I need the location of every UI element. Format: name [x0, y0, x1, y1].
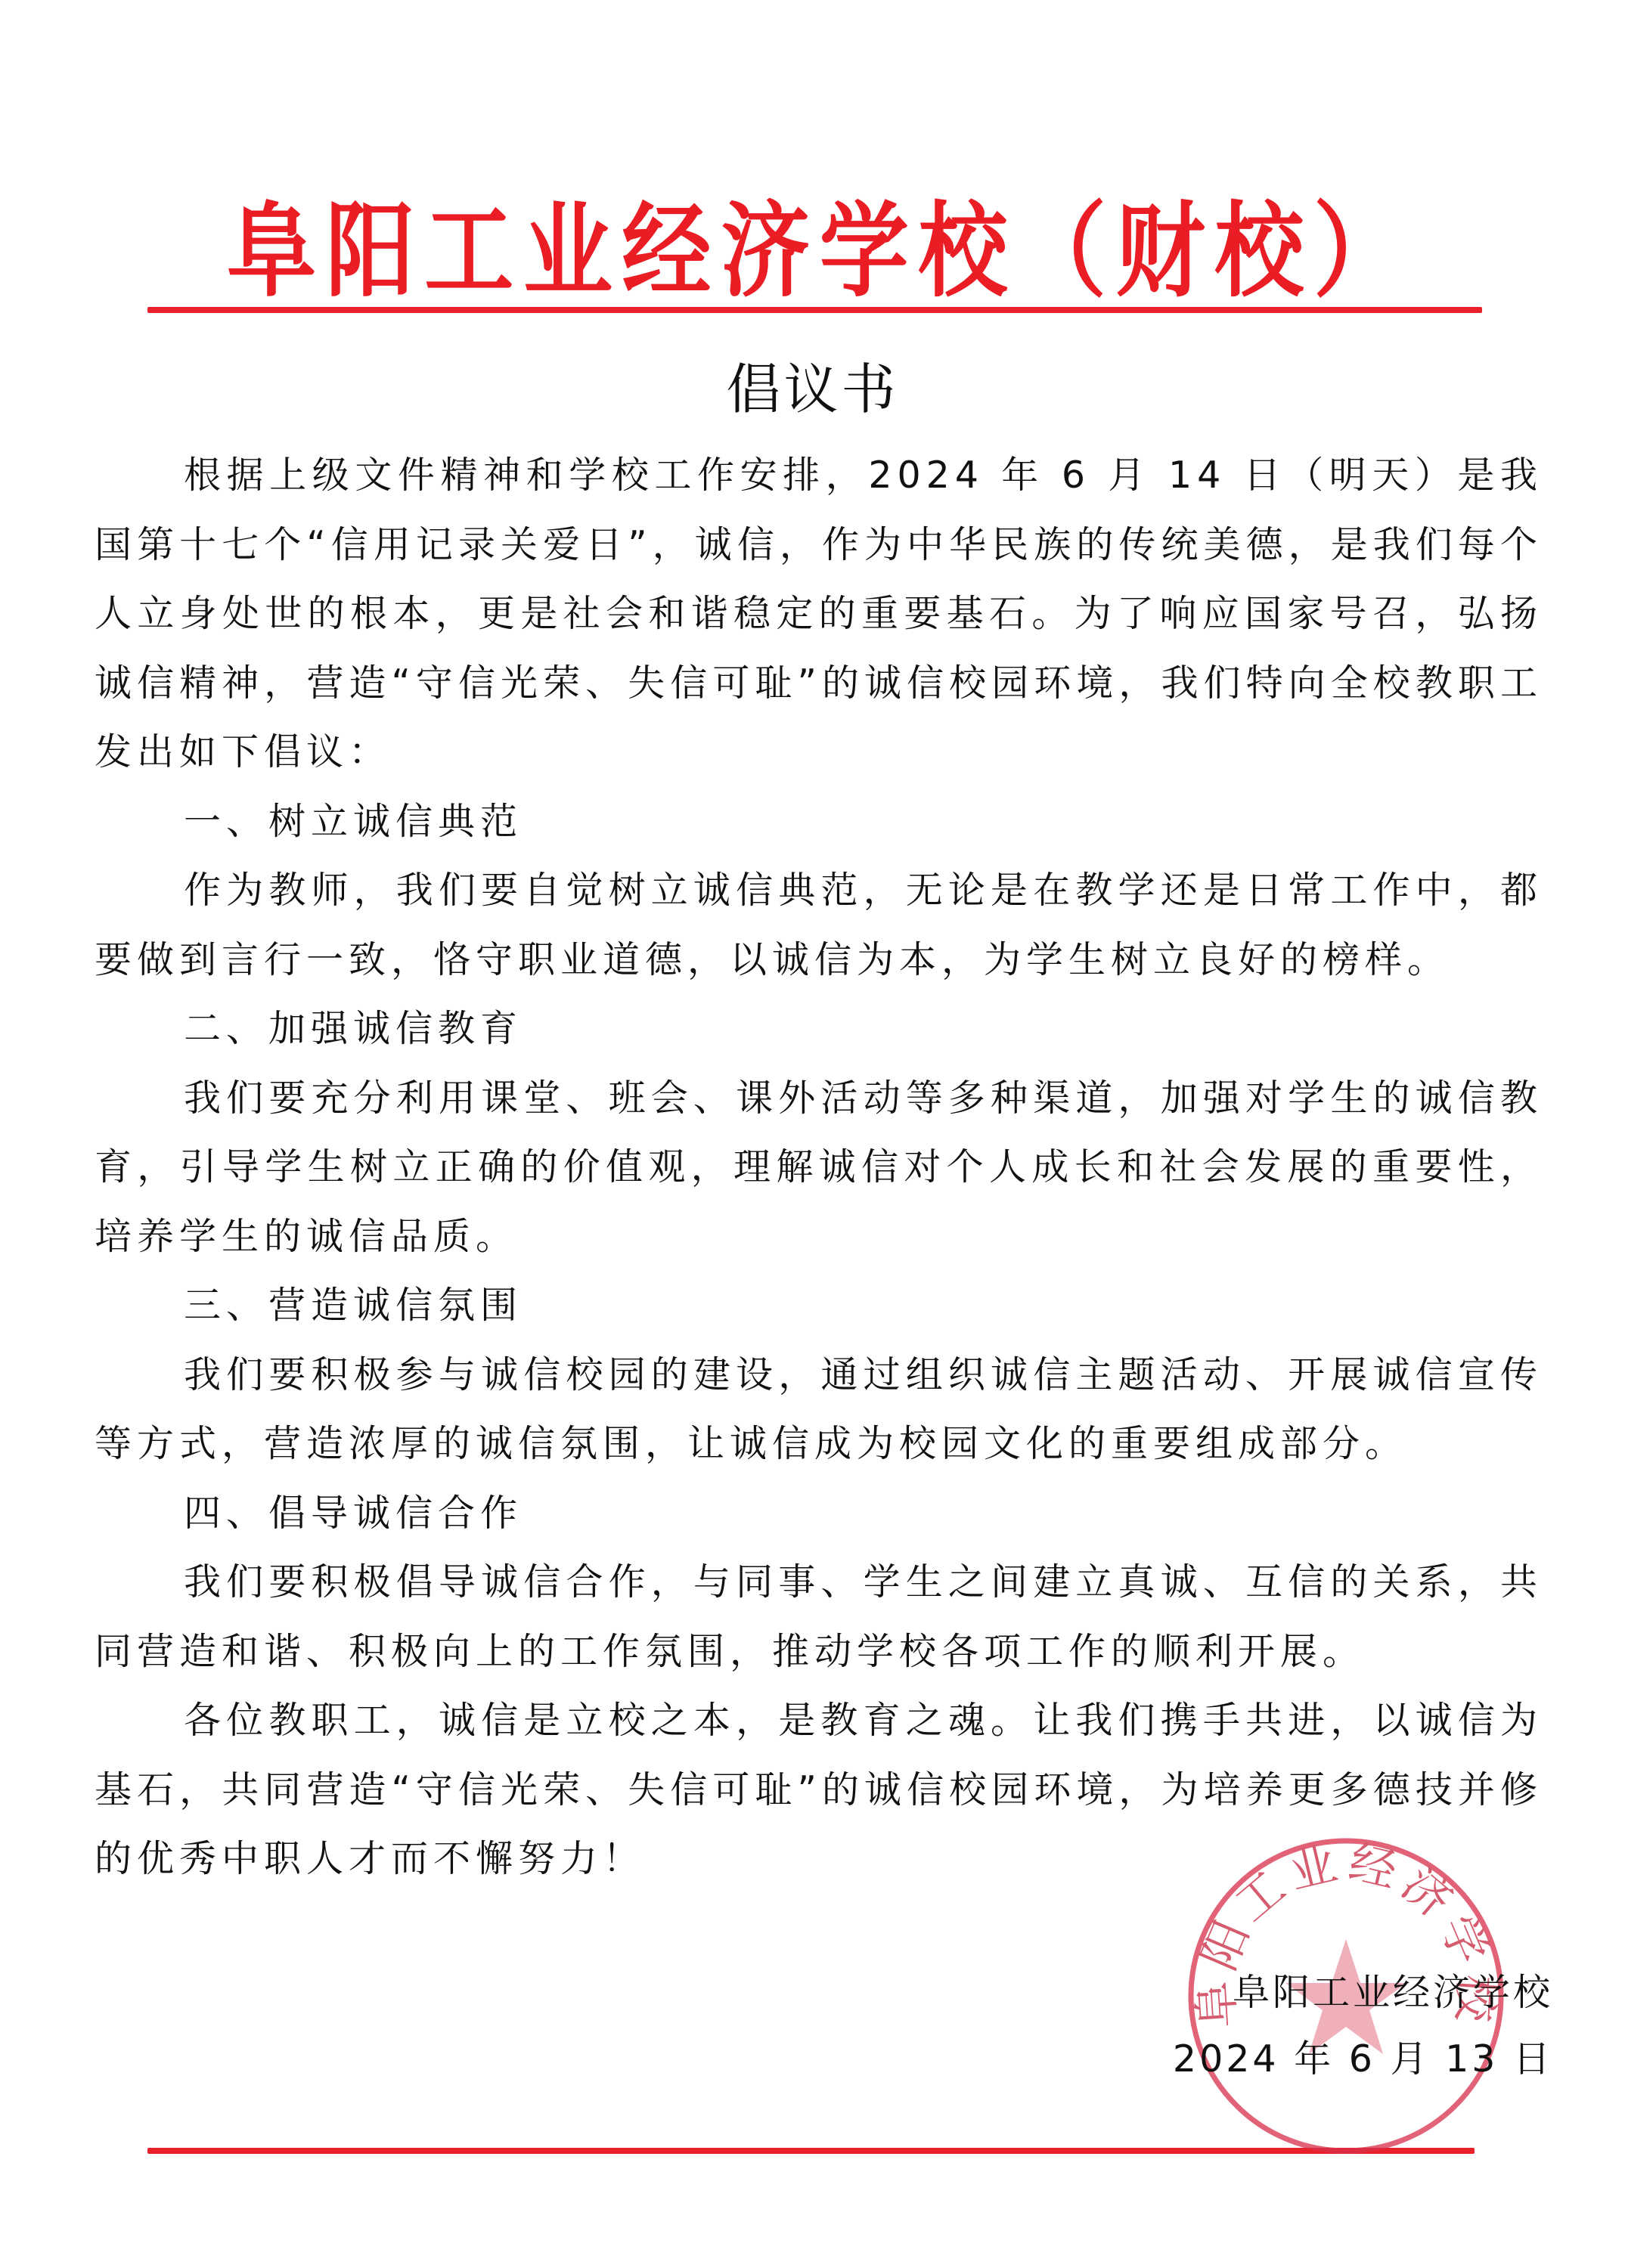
section-content-3: 我们要积极参与诚信校园的建设，通过组织诚信主题活动、开展诚信宣传等方式，营造浓厚…: [95, 1340, 1543, 1479]
document-body: 根据上级文件精神和学校工作安排，2024 年 6 月 14 日（明天）是我国第十…: [95, 441, 1543, 1894]
intro-paragraph: 根据上级文件精神和学校工作安排，2024 年 6 月 14 日（明天）是我国第十…: [95, 441, 1543, 787]
section-content-2: 我们要充分利用课堂、班会、课外活动等多种渠道，加强对学生的诚信教育，引导学生树立…: [95, 1064, 1543, 1272]
letterhead-char: 业: [523, 191, 612, 312]
section-content-1: 作为教师，我们要自觉树立诚信典范，无论是在教学还是日常工作中，都要做到言行一致，…: [95, 856, 1543, 994]
letterhead-char: 阜: [227, 191, 316, 312]
letterhead-char: ）: [1313, 191, 1403, 312]
section-heading-4: 四、倡导诚信合作: [95, 1479, 1543, 1548]
letterhead-char: 阳: [326, 191, 415, 312]
letterhead-char: 学: [820, 191, 909, 312]
letterhead-char: 工: [424, 191, 513, 312]
section-content-4: 我们要积极倡导诚信合作，与同事、学生之间建立真诚、互信的关系，共同营造和谐、积极…: [95, 1548, 1543, 1686]
signature-block: 阜阳工业经济学校 2024 年 6 月 13 日: [1173, 1960, 1553, 2093]
letterhead-char: 财: [1116, 191, 1205, 312]
section-heading-2: 二、加强诚信教育: [95, 994, 1543, 1064]
letterhead-char: 经: [622, 191, 712, 312]
letterhead-char: （: [1017, 191, 1106, 312]
section-heading-1: 一、树立诚信典范: [95, 787, 1543, 857]
letterhead-divider: [147, 307, 1482, 313]
signature-organization: 阜阳工业经济学校: [1173, 1960, 1553, 2026]
letterhead-char: 校: [918, 191, 1007, 312]
letterhead-title: 阜 阳 工 业 经 济 学 校 （ 财 校 ）: [147, 198, 1482, 304]
letterhead-char: 济: [721, 191, 810, 312]
letterhead-char: 校: [1214, 191, 1304, 312]
signature-date: 2024 年 6 月 13 日: [1173, 2026, 1553, 2093]
document-title: 倡议书: [0, 355, 1625, 423]
section-heading-3: 三、营造诚信氛围: [95, 1271, 1543, 1340]
